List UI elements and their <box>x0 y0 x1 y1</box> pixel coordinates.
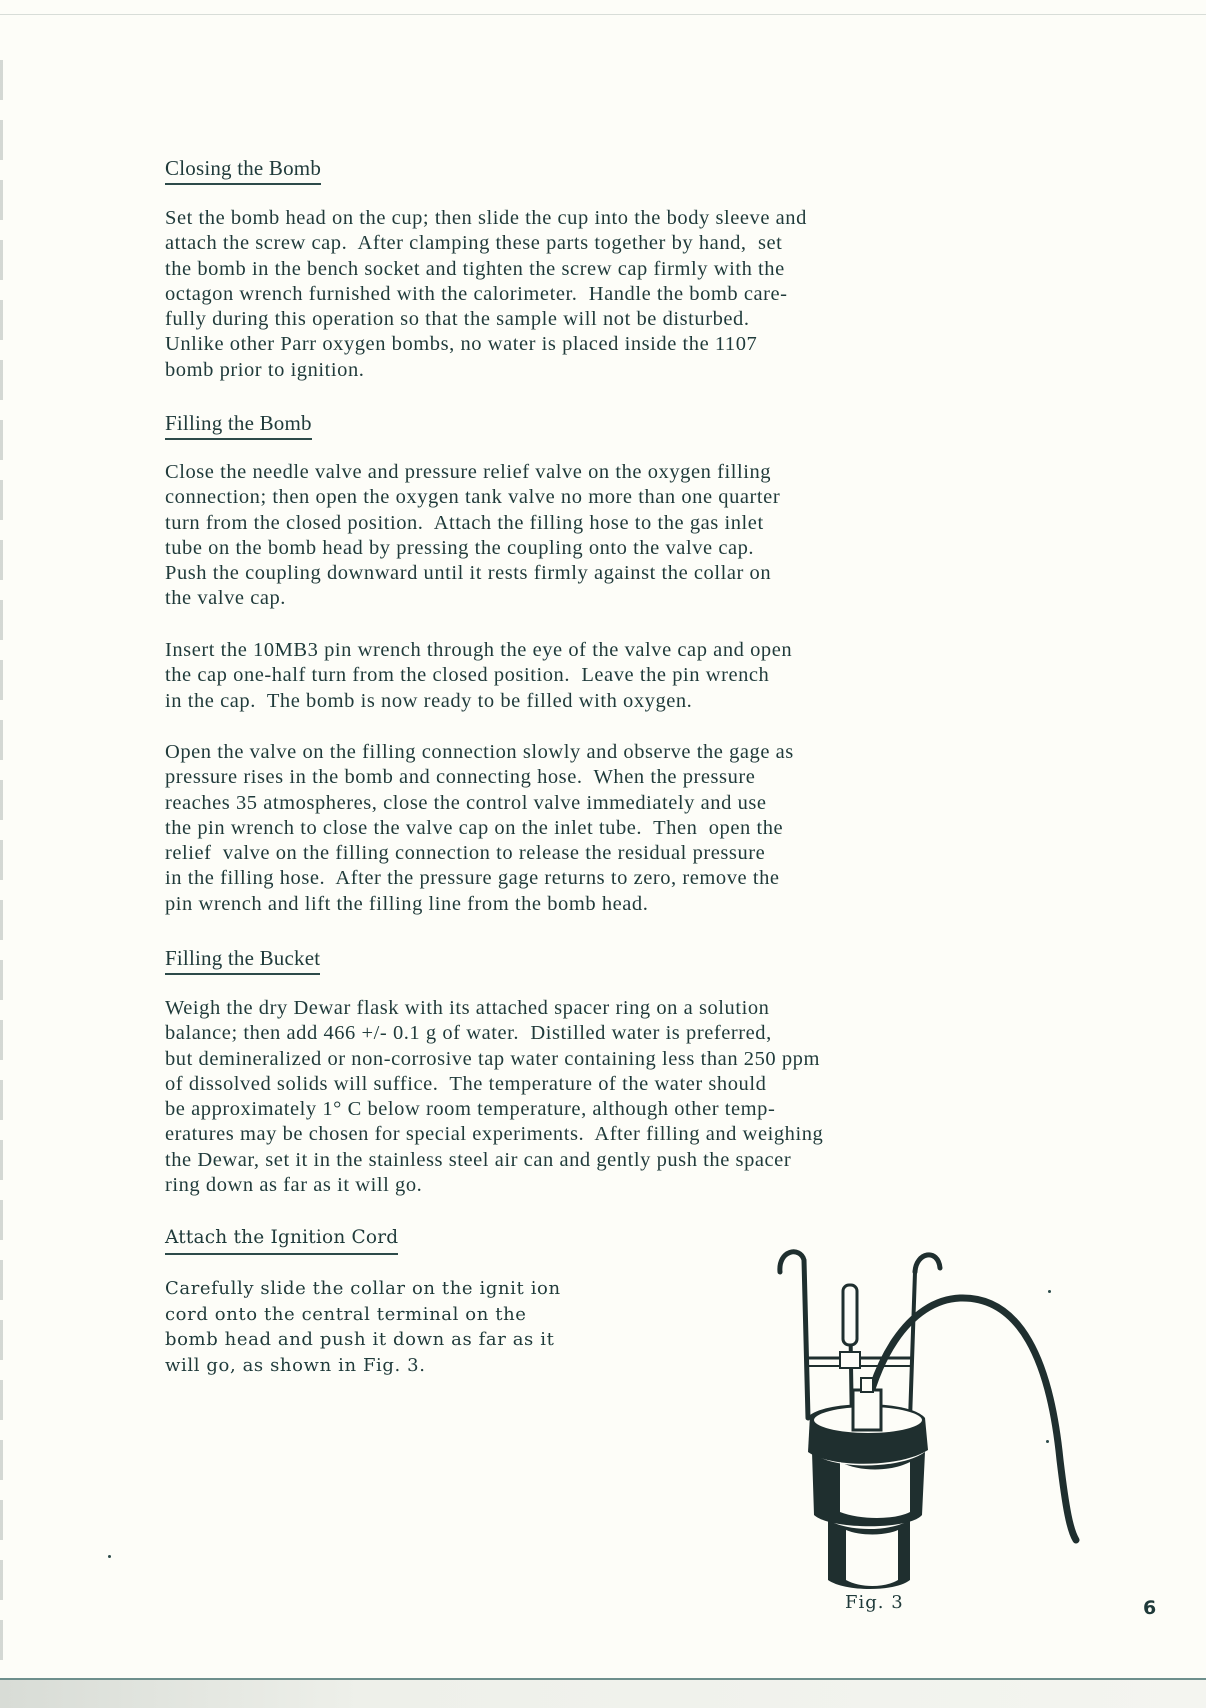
heading-closing-the-bomb: Closing the Bomb <box>165 155 321 185</box>
scan-speck <box>1048 1290 1051 1293</box>
heading-attach-ignition-cord: Attach the Ignition Cord <box>165 1225 398 1255</box>
paragraph-filling-the-bucket: Weigh the dry Dewar flask with its attac… <box>165 996 823 1198</box>
document-page: Closing the Bomb Set the bomb head on th… <box>0 0 1206 1708</box>
scan-speck <box>108 1555 111 1558</box>
oxygen-bomb-illustration <box>770 1240 1110 1600</box>
paragraph-filling-bomb-connection: Close the needle valve and pressure reli… <box>165 460 780 612</box>
binding-edge <box>0 60 3 1660</box>
heading-filling-the-bucket: Filling the Bucket <box>165 945 320 975</box>
scan-bottom-edge <box>0 1680 1206 1708</box>
heading-filling-the-bomb: Filling the Bomb <box>165 410 312 440</box>
paragraph-insert-pin-wrench: Insert the 10MB3 pin wrench through the … <box>165 638 792 714</box>
page-number: 6 <box>1143 1597 1156 1619</box>
scan-speck <box>1046 1440 1049 1443</box>
paragraph-attach-ignition-cord: Carefully slide the collar on the ignit … <box>165 1276 561 1378</box>
paragraph-open-valve: Open the valve on the filling connection… <box>165 740 794 917</box>
figure-caption: Fig. 3 <box>845 1592 904 1613</box>
top-rule <box>0 14 1206 15</box>
paragraph-closing-the-bomb: Set the bomb head on the cup; then slide… <box>165 206 807 383</box>
